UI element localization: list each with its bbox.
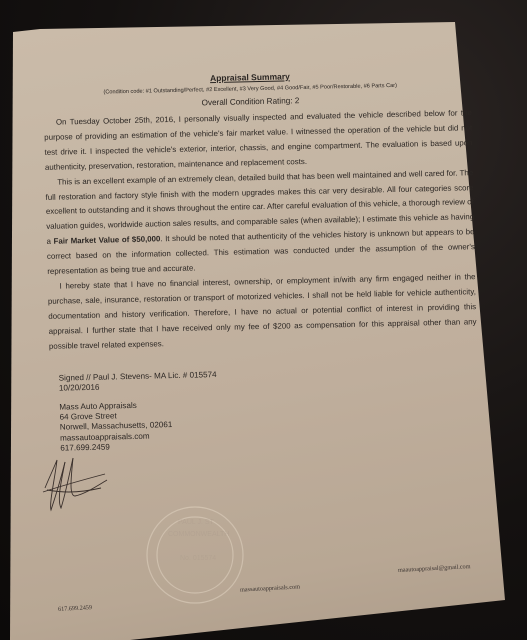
document-body: On Tuesday October 25th, 2016, I persona… xyxy=(44,106,477,354)
svg-text:COMMONWEALTH: COMMONWEALTH xyxy=(168,531,229,538)
paragraph-inspection: On Tuesday October 25th, 2016, I persona… xyxy=(44,106,473,175)
company-address: Mass Auto Appraisals 64 Grove Street Nor… xyxy=(59,400,173,454)
signature-block: Signed // Paul J. Stevens- MA Lic. # 015… xyxy=(59,370,217,393)
fair-market-value: Fair Market Value of $50,000 xyxy=(53,235,160,246)
embossed-seal-icon: PAUL J. ST COMMONWEALTH No. 015574 xyxy=(140,500,250,610)
paragraph-valuation: This is an excellent example of an extre… xyxy=(45,166,475,280)
svg-text:PAUL J. ST: PAUL J. ST xyxy=(178,519,215,526)
paragraph-disclosure: I hereby state that I have no financial … xyxy=(47,270,477,354)
appraisal-document: Appraisal Summary (Condition code: #1 Ou… xyxy=(0,0,527,640)
svg-text:No. 015574: No. 015574 xyxy=(180,555,216,562)
handwritten-signature-icon xyxy=(35,448,135,518)
